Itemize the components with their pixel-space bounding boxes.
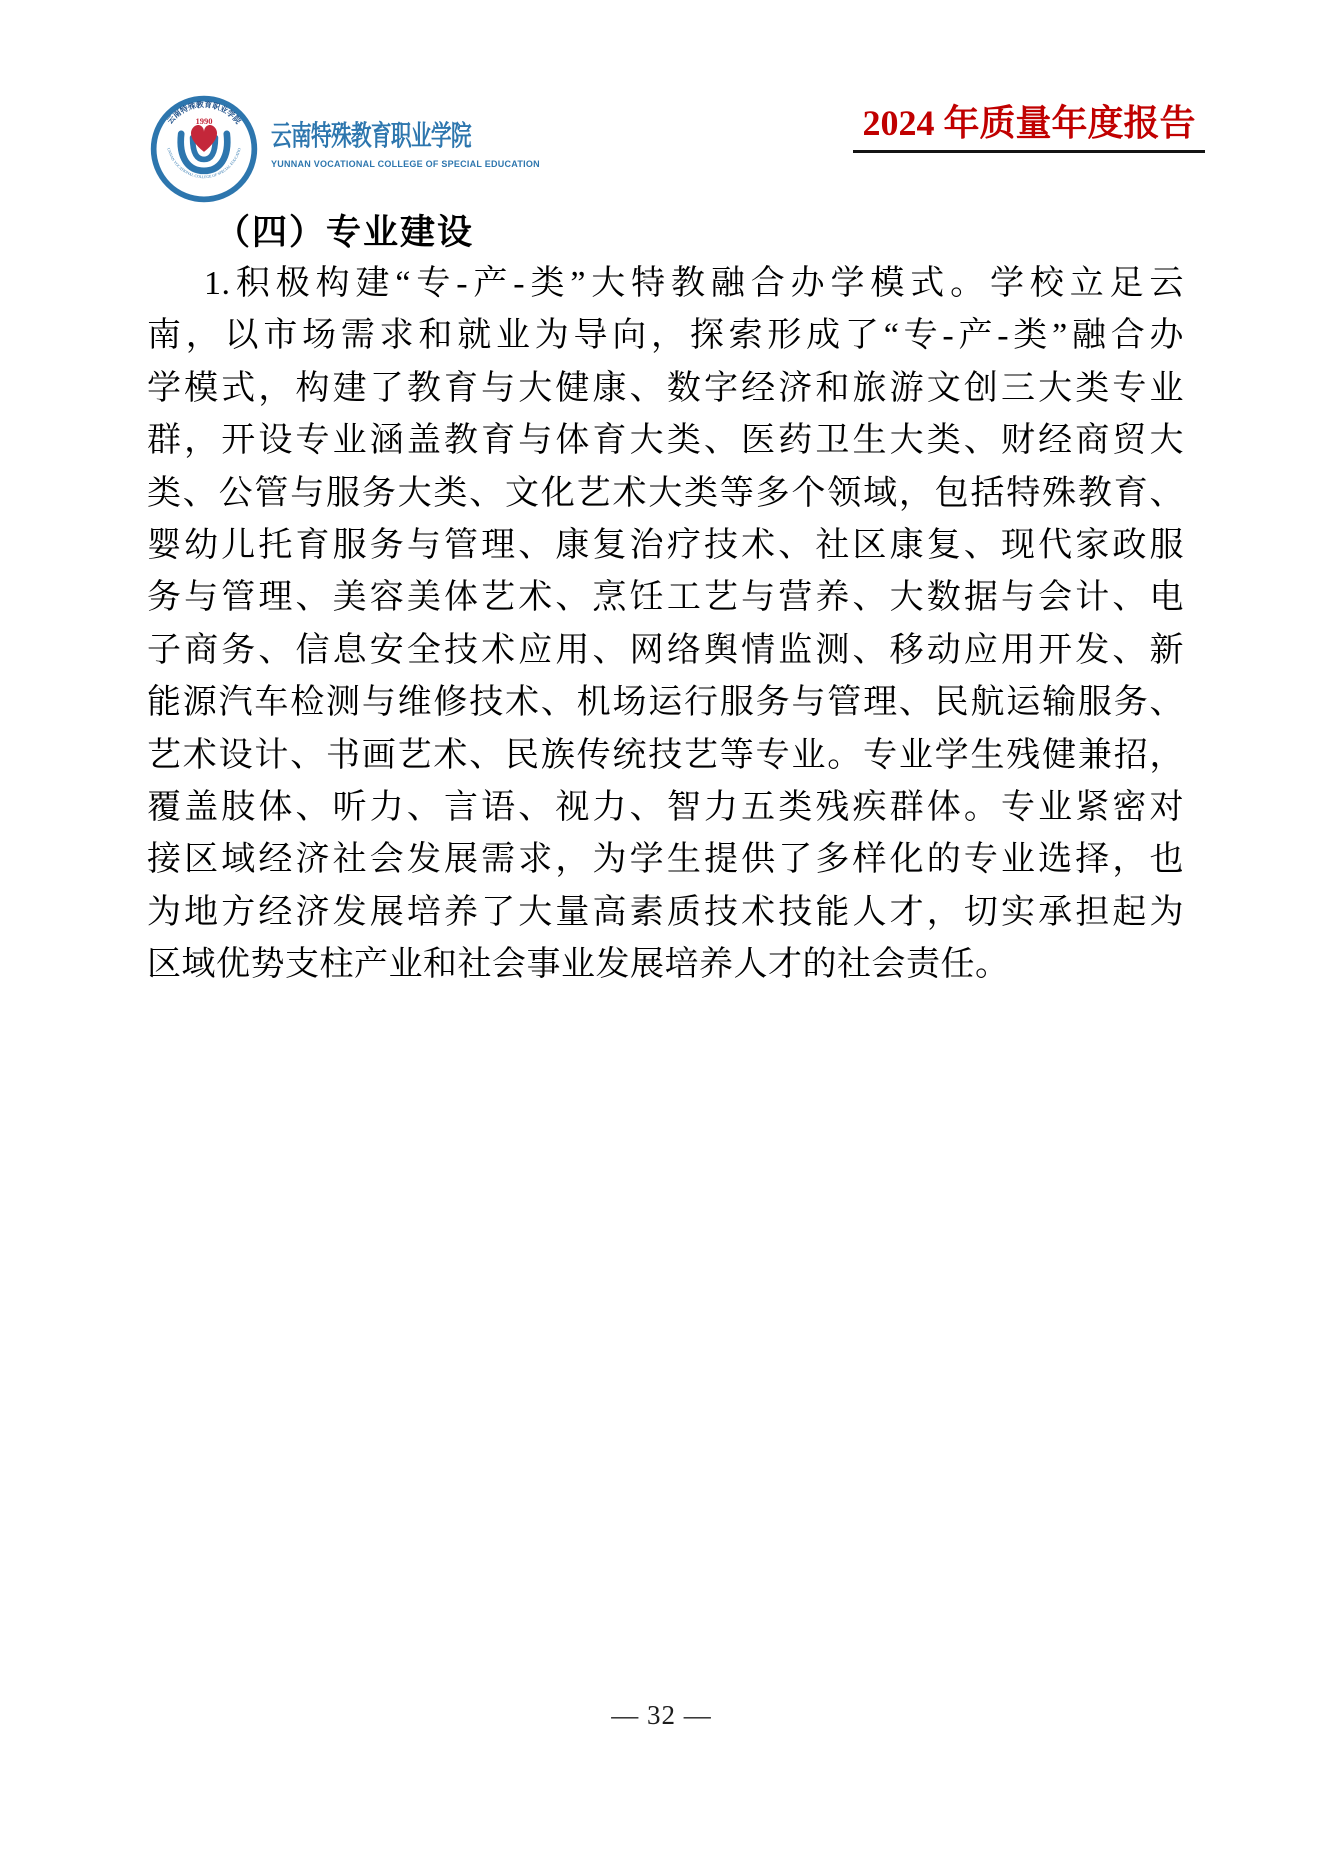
paragraph-line: 为地方经济发展培养了大量高素质技术技能人才，切实承担起为: [147, 887, 1184, 939]
school-logo-icon: 云南特殊教育职业学院 YUNNAN VOCATIONAL COLLEGE OF …: [147, 92, 261, 206]
page-number: — 32 —: [0, 1700, 1323, 1731]
report-title: 2024 年质量年度报告: [853, 100, 1205, 147]
header-rule: [853, 150, 1205, 153]
section-title: （四）专业建设: [215, 205, 474, 255]
body-paragraph: 1.积极构建“专-产-类”大特教融合办学模式。学校立足云 南，以市场需求和就业为…: [147, 258, 1184, 991]
paragraph-line: 婴幼儿托育服务与管理、康复治疗技术、社区康复、现代家政服: [147, 520, 1184, 572]
paragraph-line: 艺术设计、书画艺术、民族传统技艺等专业。专业学生残健兼招，: [147, 730, 1184, 782]
paragraph-line: 区域优势支柱产业和社会事业发展培养人才的社会责任。: [147, 939, 1184, 991]
report-title-block: 2024 年质量年度报告: [853, 100, 1205, 153]
paragraph-line: 学模式，构建了教育与大健康、数字经济和旅游文创三大类专业: [147, 363, 1184, 415]
paragraph-line: 1.积极构建“专-产-类”大特教融合办学模式。学校立足云: [147, 258, 1184, 310]
school-name-chinese: 云南特殊教育职业学院: [271, 114, 471, 154]
paragraph-line: 群，开设专业涵盖教育与体育大类、医药卫生大类、财经商贸大: [147, 415, 1184, 467]
logo-year-text: 1990: [195, 116, 212, 126]
school-name-english: YUNNAN VOCATIONAL COLLEGE OF SPECIAL EDU…: [271, 159, 541, 169]
paragraph-line: 类、公管与服务大类、文化艺术大类等多个领域，包括特殊教育、: [147, 468, 1184, 520]
document-page: 云南特殊教育职业学院 YUNNAN VOCATIONAL COLLEGE OF …: [0, 0, 1323, 1871]
paragraph-line: 能源汽车检测与维修技术、机场运行服务与管理、民航运输服务、: [147, 677, 1184, 729]
paragraph-line: 子商务、信息安全技术应用、网络舆情监测、移动应用开发、新: [147, 625, 1184, 677]
paragraph-line: 务与管理、美容美体艺术、烹饪工艺与营养、大数据与会计、电: [147, 572, 1184, 624]
paragraph-line: 覆盖肢体、听力、言语、视力、智力五类残疾群体。专业紧密对: [147, 782, 1184, 834]
paragraph-line: 接区域经济社会发展需求，为学生提供了多样化的专业选择，也: [147, 834, 1184, 886]
paragraph-line: 南，以市场需求和就业为导向，探索形成了“专-产-类”融合办: [147, 310, 1184, 362]
school-name-block: 云南特殊教育职业学院 YUNNAN VOCATIONAL COLLEGE OF …: [271, 114, 541, 169]
